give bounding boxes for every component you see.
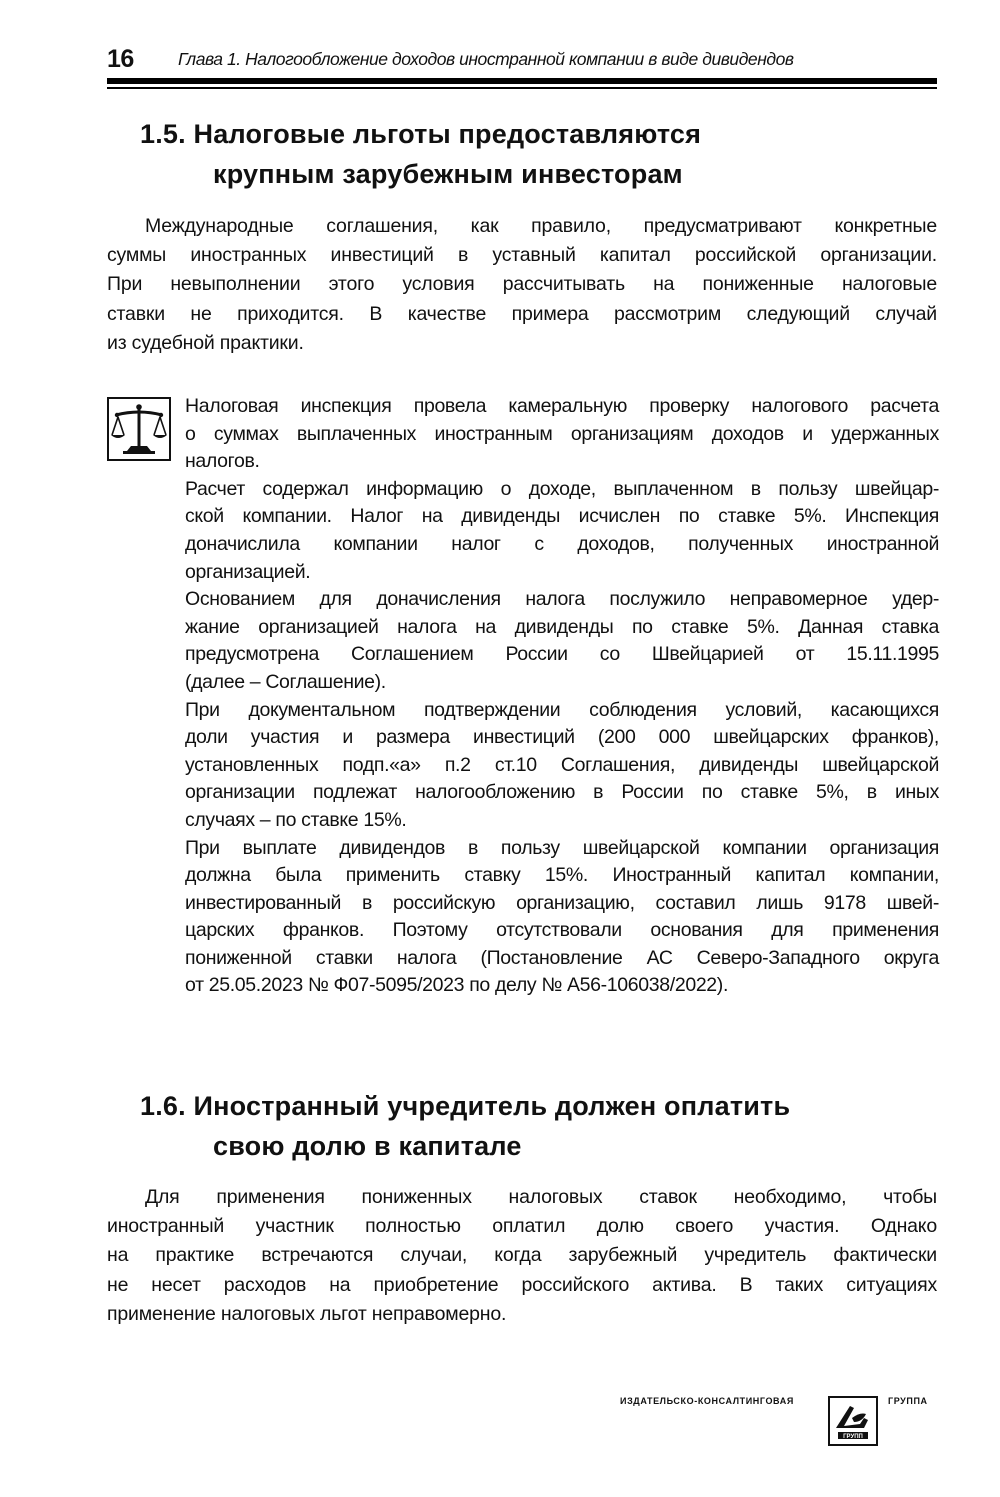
logo-caption: ГРУПП	[843, 1434, 863, 1440]
text-line: доначислила компании налог с доходов, по…	[185, 531, 939, 559]
text-line: жание организацией налога на дивиденды п…	[185, 614, 939, 642]
running-header: 16 Глава 1. Налогообложение доходов инос…	[107, 42, 937, 76]
text-line: Основанием для доначисления налога послу…	[185, 586, 939, 614]
chapter-title: Глава 1. Налогообложение доходов иностра…	[178, 45, 794, 73]
text-line: на практике встречаются случаи, когда за…	[107, 1241, 937, 1270]
text-line: предусмотрена Соглашением России со Швей…	[185, 641, 939, 669]
section-title-1-5-line2: крупным зарубежным инвесторам	[140, 154, 701, 194]
text-line: доли участия и размера инвестиций (200 0…	[185, 724, 939, 752]
text-line: ской компании. Налог на дивиденды исчисл…	[185, 503, 939, 531]
header-rule-thin	[107, 87, 937, 89]
section-1-5-intro: Международные соглашения, как правило, п…	[107, 212, 937, 358]
publisher-name-left: ИЗДАТЕЛЬСКО-КОНСАЛТИНГОВАЯ	[620, 1394, 794, 1408]
text-line: о суммах выплаченных иностранным организ…	[185, 421, 939, 449]
text-line: Для применения пониженных налоговых став…	[107, 1183, 937, 1212]
section-title-1-5-line1: 1.5. Налоговые льготы предоставляются	[140, 119, 701, 149]
text-line: Международные соглашения, как правило, п…	[107, 212, 937, 241]
publisher-name-right: ГРУППА	[888, 1394, 928, 1408]
text-line: применение налоговых льгот неправомерно.	[107, 1300, 937, 1329]
text-line: царских франков. Поэтому отсутствовали о…	[185, 917, 939, 945]
text-line: инвестированный в российскую организацию…	[185, 890, 939, 918]
text-line: от 25.05.2023 № Ф07-5095/2023 по делу № …	[185, 972, 939, 1000]
text-line: При выплате дивидендов в пользу швейцарс…	[185, 835, 939, 863]
text-line: из судебной практики.	[107, 329, 937, 358]
publisher-logo-icon: ГРУПП	[828, 1396, 878, 1446]
text-line: При невыполнении этого условия рассчитыв…	[107, 270, 937, 299]
publisher-footer: ИЗДАТЕЛЬСКО-КОНСАЛТИНГОВАЯ ГРУПП ГРУППА	[620, 1394, 940, 1454]
section-title-1-6: 1.6. Иностранный учредитель должен оплат…	[140, 1086, 790, 1166]
text-line: организацией.	[185, 559, 939, 587]
text-line: установленных подп.«а» п.2 ст.10 Соглаше…	[185, 752, 939, 780]
text-line: суммы иностранных инвестиций в уставный …	[107, 241, 937, 270]
text-line: пониженной ставки налога (Постановление …	[185, 945, 939, 973]
text-line: организации подлежат налогообложению в Р…	[185, 779, 939, 807]
header-rule-thick	[107, 78, 937, 84]
text-line: случаях – по ставке 15%.	[185, 807, 939, 835]
text-line: налогов.	[185, 448, 939, 476]
text-line: ставки не приходится. В качестве примера…	[107, 300, 937, 329]
text-line: иностранный участник полностью оплатил д…	[107, 1212, 937, 1241]
text-line: (далее – Соглашение).	[185, 669, 939, 697]
court-case-text: Налоговая инспекция провела камеральную …	[185, 393, 939, 1000]
section-1-6-body: Для применения пониженных налоговых став…	[107, 1183, 937, 1329]
page-number: 16	[107, 42, 134, 76]
text-line: Налоговая инспекция провела камеральную …	[185, 393, 939, 421]
section-title-1-5: 1.5. Налоговые льготы предоставляются кр…	[140, 114, 701, 194]
text-line: Расчет содержал информацию о доходе, вып…	[185, 476, 939, 504]
scales-of-justice-icon	[107, 397, 171, 461]
section-title-1-6-line1: 1.6. Иностранный учредитель должен оплат…	[140, 1091, 790, 1121]
text-line: не несет расходов на приобретение россий…	[107, 1271, 937, 1300]
text-line: При документальном подтверждении соблюде…	[185, 697, 939, 725]
text-line: должна была применить ставку 15%. Иностр…	[185, 862, 939, 890]
section-title-1-6-line2: свою долю в капитале	[140, 1126, 790, 1166]
